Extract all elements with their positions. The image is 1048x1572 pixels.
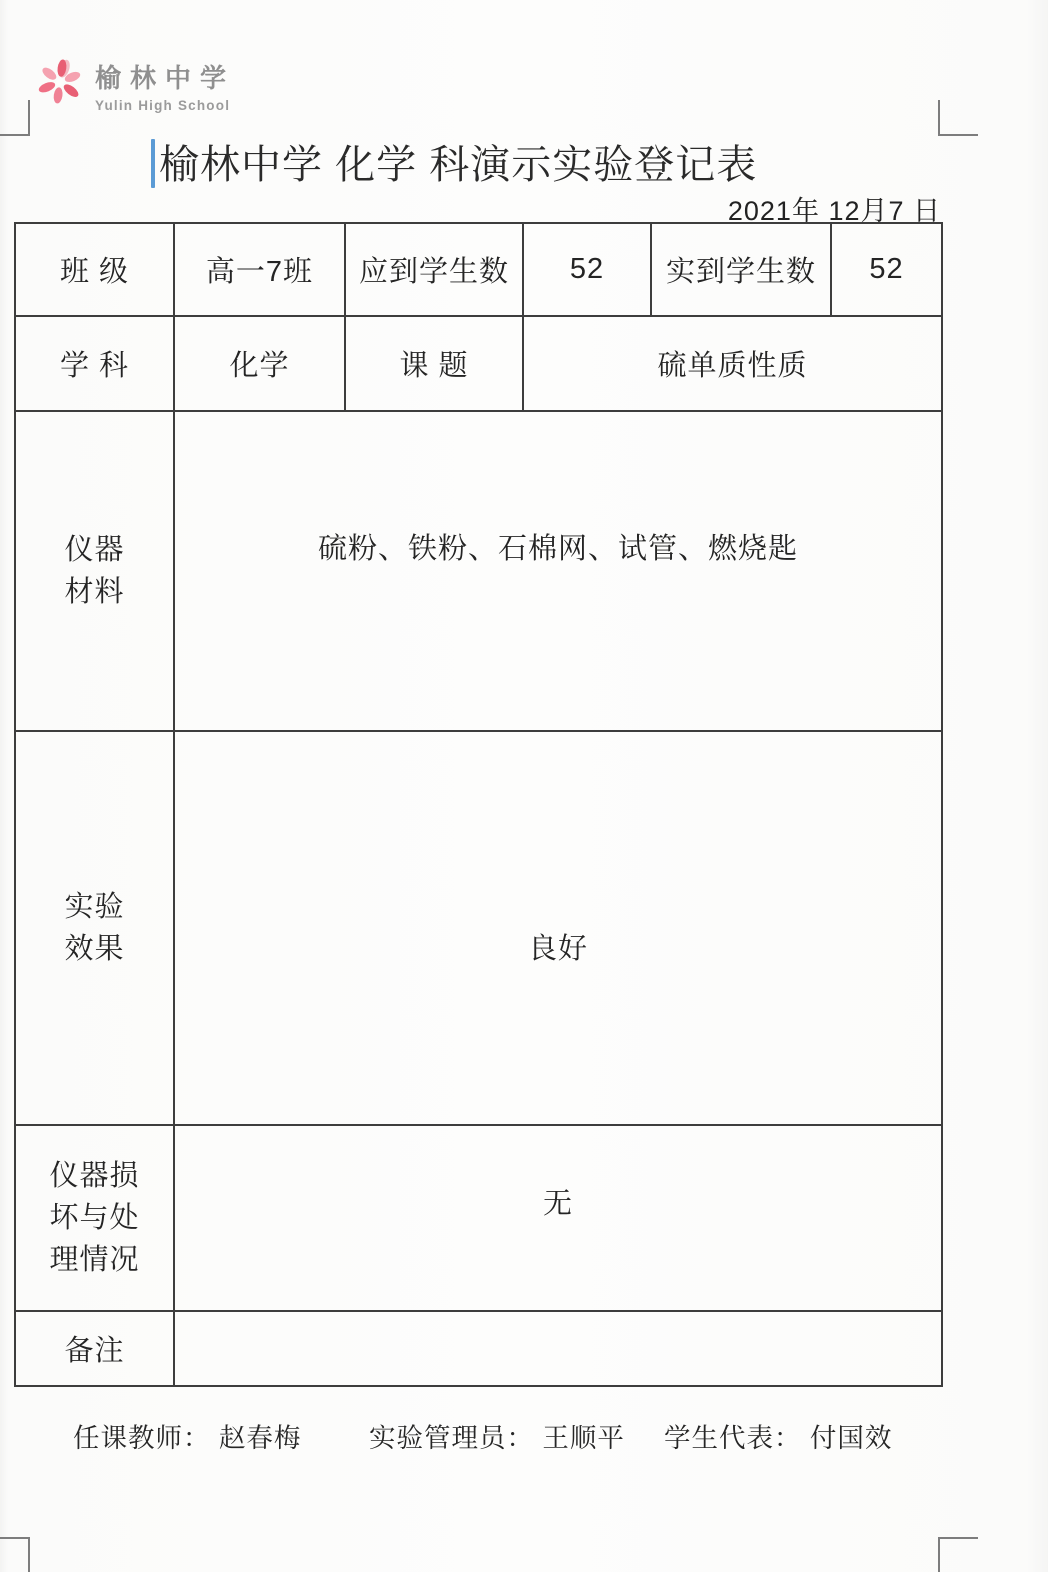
damage-label-line: 仪器损 [16,1155,173,1197]
signature-line: 任课教师： 赵春梅 实验管理员： 王顺平 学生代表： 付国效 [0,1416,1048,1452]
school-name-cn: 榆林中学 [95,58,235,95]
school-logo: 榆林中学 Yulin High School [33,54,235,113]
table-row: 仪器损 坏与处 理情况 无 [15,1125,942,1311]
margin-mark-top-right-icon [938,100,978,136]
class-label-cell: 班 级 [15,223,174,316]
damage-value-cell: 无 [174,1125,942,1311]
result-label-line: 实验 [16,886,173,928]
materials-label-line: 材料 [16,571,173,613]
table-row: 实验 效果 良好 [15,731,942,1125]
table-row: 仪器 材料 硫粉、铁粉、石棉网、试管、燃烧匙 [15,411,942,731]
remarks-label-cell: 备注 [15,1311,174,1386]
materials-label-cell: 仪器 材料 [15,411,174,731]
materials-label-line: 仪器 [16,529,173,571]
damage-label-line: 坏与处 [16,1197,173,1239]
margin-mark-bottom-right-icon [938,1537,978,1572]
topic-label-cell: 课 题 [345,316,523,411]
actual-students-value-cell: 52 [831,223,942,316]
school-name-en: Yulin High School [95,98,235,113]
text-cursor [151,139,155,188]
document-title: 榆林中学 化学 科演示实验登记表 [159,133,757,190]
damage-label-cell: 仪器损 坏与处 理情况 [15,1125,174,1311]
lab-manager-signature: 实验管理员： 王顺平 [369,1416,625,1455]
result-label-cell: 实验 效果 [15,731,174,1125]
school-logo-flower-icon [33,54,87,110]
result-value-cell: 良好 [174,731,942,1125]
damage-value: 无 [175,1181,941,1222]
actual-students-label-cell: 实到学生数 [651,223,831,316]
class-value-cell: 高一7班 [174,223,345,316]
result-label-line: 效果 [16,928,173,970]
result-value: 良好 [175,926,941,967]
table-row: 班 级 高一7班 应到学生数 52 实到学生数 52 [15,223,942,316]
table-row: 备注 [15,1311,942,1386]
expected-students-label-cell: 应到学生数 [345,223,523,316]
margin-mark-top-left-icon [0,100,30,136]
student-representative-signature: 学生代表： 付国效 [664,1416,892,1455]
subject-label-cell: 学 科 [15,316,174,411]
damage-label-line: 理情况 [16,1239,173,1281]
expected-students-value-cell: 52 [523,223,651,316]
remarks-value-cell [174,1311,942,1386]
materials-value: 硫粉、铁粉、石棉网、试管、燃烧匙 [175,526,941,567]
document-page: { "logo": { "school_cn": "榆林中学", "school… [0,0,1048,1572]
materials-value-cell: 硫粉、铁粉、石棉网、试管、燃烧匙 [174,411,942,731]
experiment-form-table: 班 级 高一7班 应到学生数 52 实到学生数 52 学 科 化学 课 题 硫单… [14,222,943,1387]
teacher-signature: 任课教师： 赵春梅 [73,1416,301,1455]
topic-value-cell: 硫单质性质 [523,316,942,411]
margin-mark-bottom-left-icon [0,1537,30,1572]
subject-value-cell: 化学 [174,316,345,411]
table-row: 学 科 化学 课 题 硫单质性质 [15,316,942,411]
